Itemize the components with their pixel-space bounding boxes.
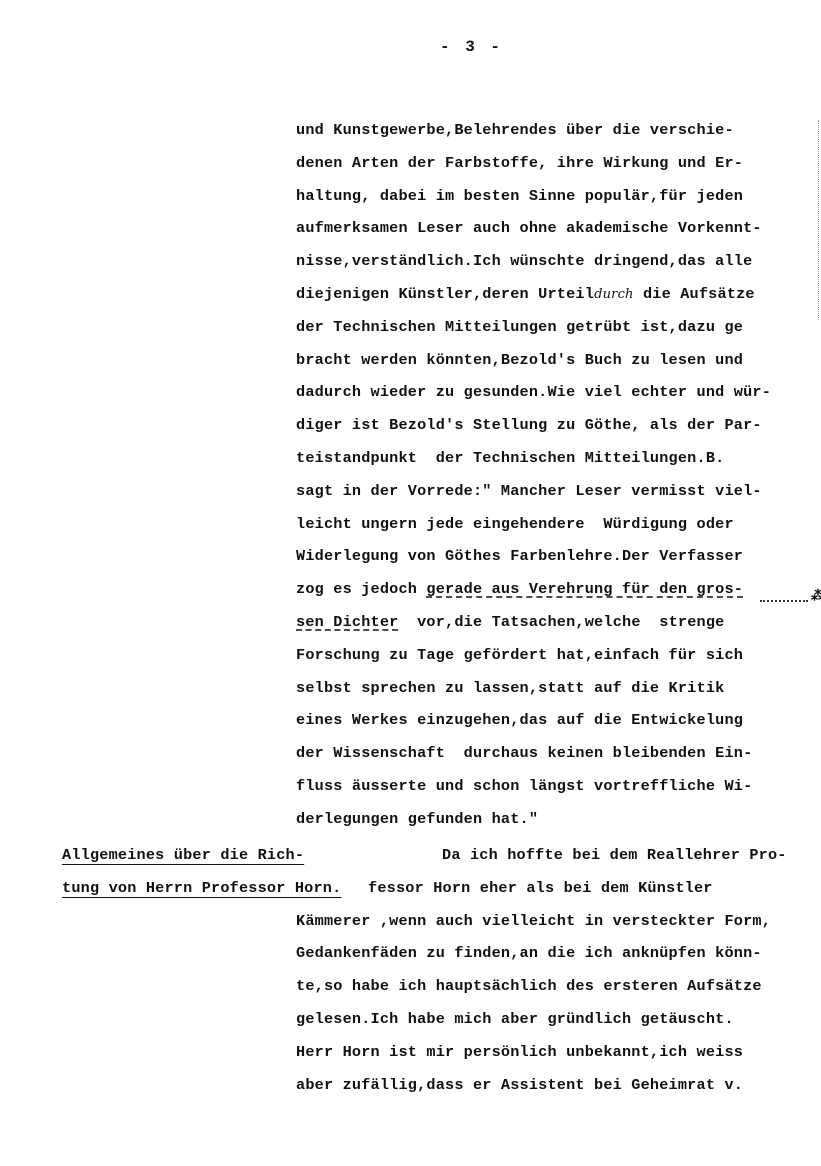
text-line: dadurch wieder zu gesunden.Wie viel echt…	[296, 382, 816, 415]
text-line: Kämmerer ,wenn auch vielleicht in verste…	[296, 911, 821, 944]
underline-continuation	[760, 600, 808, 602]
text-line: der Technischen Mitteilungen getrübt ist…	[296, 317, 816, 350]
text-line: Widerlegung von Göthes Farbenlehre.Der V…	[296, 546, 816, 579]
text-line-underlined: sen Dichter vor,die Tatsachen,welche str…	[296, 612, 816, 645]
text-segment: zog es jedoch	[296, 580, 426, 598]
text-line: Da ich hoffte bei dem Reallehrer Pro-	[296, 845, 821, 878]
text-line: fessor Horn eher als bei dem Künstler	[296, 878, 821, 911]
text-line-underlined: zog es jedoch gerade aus Verehrung für d…	[296, 579, 816, 612]
text-line: denen Arten der Farbstoffe, ihre Wirkung…	[296, 153, 816, 186]
handwritten-insertion: durch	[594, 287, 634, 302]
text-line: teistandpunkt der Technischen Mitteilung…	[296, 448, 816, 481]
text-line: Forschung zu Tage gefördert hat,einfach …	[296, 645, 816, 678]
body-text: und Kunstgewerbe,Belehrendes über die ve…	[296, 120, 816, 842]
text-segment: die Aufsätze	[634, 285, 755, 303]
text-line: selbst sprechen zu lassen,statt auf die …	[296, 678, 816, 711]
margin-mark: ⁂	[811, 588, 821, 605]
text-line: aber zufällig,dass er Assistent bei Gehe…	[296, 1075, 821, 1108]
text-line: derlegungen gefunden hat."	[296, 809, 816, 842]
text-line: sagt in der Vorrede:" Mancher Leser verm…	[296, 481, 816, 514]
text-line: fluss äusserte und schon längst vortreff…	[296, 776, 816, 809]
text-line: haltung, dabei im besten Sinne populär,f…	[296, 186, 816, 219]
text-line-with-insertion: diejenigen Künstler,deren Urteildurch di…	[296, 284, 816, 317]
text-line: der Wissenschaft durchaus keinen bleiben…	[296, 743, 816, 776]
text-line: bracht werden könnten,Bezold's Buch zu l…	[296, 350, 816, 383]
text-line: Herr Horn ist mir persönlich unbekannt,i…	[296, 1042, 821, 1075]
text-line: Gedankenfäden zu finden,an die ich anknü…	[296, 943, 821, 976]
text-line: aufmerksamen Leser auch ohne akademische…	[296, 218, 816, 251]
text-line: nisse,verständlich.Ich wünschte dringend…	[296, 251, 816, 284]
text-line: eines Werkes einzugehen,das auf die Entw…	[296, 710, 816, 743]
text-segment: diejenigen Künstler,deren Urteil	[296, 285, 594, 303]
page-number: - 3 -	[440, 38, 503, 56]
text-line: diger ist Bezold's Stellung zu Göthe, al…	[296, 415, 816, 448]
text-line: und Kunstgewerbe,Belehrendes über die ve…	[296, 120, 816, 153]
underlined-phrase: gerade aus Verehrung für den gros-	[426, 580, 743, 598]
section-text: Da ich hoffte bei dem Reallehrer Pro- fe…	[296, 845, 821, 1107]
text-line: leicht ungern jede eingehendere Würdigun…	[296, 514, 816, 547]
text-line: te,so habe ich hauptsächlich des erstere…	[296, 976, 821, 1009]
text-line: gelesen.Ich habe mich aber gründlich get…	[296, 1009, 821, 1042]
scan-edge-artifact	[818, 120, 819, 320]
underlined-phrase: sen Dichter	[296, 613, 398, 631]
text-segment: vor,die Tatsachen,welche strenge	[398, 613, 724, 631]
